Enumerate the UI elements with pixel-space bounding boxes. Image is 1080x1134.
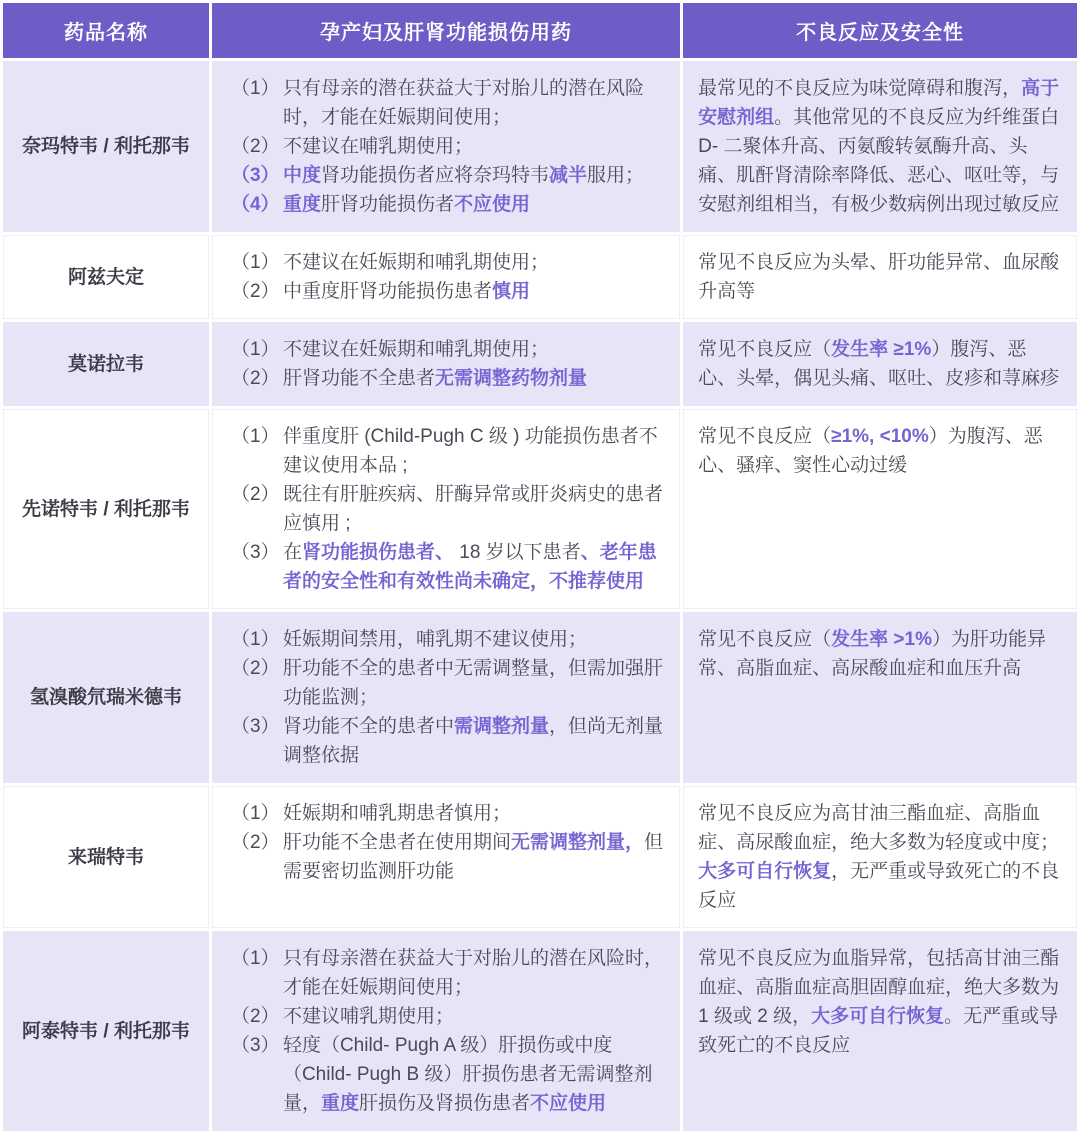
item-number: （1） [231, 74, 283, 103]
highlight-text: ≥1%, <10% [831, 426, 929, 447]
usage-item: （1）伴重度肝 (Child-Pugh C 级 ) 功能损伤患者不建议使用本品 … [231, 422, 665, 480]
item-number: （2） [231, 1002, 283, 1031]
plain-text: 肝肾功能损伤者 [321, 194, 454, 215]
usage-item-text: 肾功能不全的患者中需调整剂量，但尚无剂量调整依据 [283, 712, 665, 770]
item-number: （1） [231, 944, 283, 973]
item-number: （3） [231, 712, 283, 741]
plain-text: 肝损伤及肾损伤患者 [359, 1093, 530, 1114]
safety-cell: 常见不良反应（≥1%, <10%）为腹泻、恶心、骚痒、窦性心动过缓 [683, 409, 1077, 609]
drug-name-cell: 先诺特韦 / 利托那韦 [3, 409, 209, 609]
plain-text: 服用； [587, 165, 644, 186]
safety-text: 常见不良反应为血脂异常，包括高甘油三酯血症、高脂血症高胆固醇血症，绝大多数为 1… [698, 944, 1062, 1060]
table-row: 莫诺拉韦（1）不建议在妊娠期和哺乳期使用；（2）肝肾功能不全患者无需调整药物剂量… [3, 322, 1077, 406]
usage-item: （2）不建议在哺乳期使用； [231, 132, 665, 161]
table-row: 氢溴酸氘瑞米德韦（1）妊娠期间禁用，哺乳期不建议使用；（2）肝功能不全的患者中无… [3, 612, 1077, 783]
plain-text: 肝肾功能不全患者 [283, 368, 435, 389]
usage-item: （1）不建议在妊娠期和哺乳期使用； [231, 248, 665, 277]
usage-item-text: 中重度肝肾功能损伤患者慎用 [283, 277, 665, 306]
plain-text: 常见不良反应（ [698, 629, 831, 650]
plain-text: 只有母亲潜在获益大于对胎儿的潜在风险时，才能在妊娠期间使用； [283, 948, 663, 998]
usage-cell: （1）妊娠期和哺乳期患者慎用；（2）肝功能不全患者在使用期间无需调整剂量，但需要… [212, 786, 680, 928]
safety-text: 最常见的不良反应为味觉障碍和腹泻，高于安慰剂组。其他常见的不良反应为纤维蛋白 D… [698, 74, 1062, 219]
drug-name-cell: 阿兹夫定 [3, 235, 209, 319]
header-adverse-reactions: 不良反应及安全性 [683, 3, 1077, 58]
safety-text: 常见不良反应（发生率 >1%）为肝功能异常、高脂血症、高尿酸血症和血压升高 [698, 625, 1062, 683]
plain-text: 不建议在妊娠期和哺乳期使用； [283, 252, 549, 273]
item-number: （3） [231, 161, 283, 190]
usage-item-text: 既往有肝脏疾病、肝酶异常或肝炎病史的患者应慎用 ; [283, 480, 665, 538]
usage-item: （4）重度肝肾功能损伤者不应使用 [231, 190, 665, 219]
usage-item: （2）不建议哺乳期使用； [231, 1002, 665, 1031]
plain-text: 常见不良反应（ [698, 426, 831, 447]
table-row: 来瑞特韦（1）妊娠期和哺乳期患者慎用；（2）肝功能不全患者在使用期间无需调整剂量… [3, 786, 1077, 928]
usage-cell: （1）不建议在妊娠期和哺乳期使用；（2）肝肾功能不全患者无需调整药物剂量 [212, 322, 680, 406]
item-number: （2） [231, 364, 283, 393]
usage-item-text: 肝功能不全的患者中无需调整量，但需加强肝功能监测； [283, 654, 665, 712]
item-number: （2） [231, 480, 283, 509]
highlight-text: 无需调整药物剂量 [435, 368, 587, 389]
usage-item: （2）肝肾功能不全患者无需调整药物剂量 [231, 364, 665, 393]
usage-item: （1）妊娠期间禁用，哺乳期不建议使用； [231, 625, 665, 654]
highlight-text: 慎用 [492, 281, 530, 302]
safety-text: 常见不良反应（发生率 ≥1%）腹泻、恶心、头晕，偶见头痛、呕吐、皮疹和荨麻疹 [698, 335, 1062, 393]
usage-item-text: 中度肾功能损伤者应将奈玛特韦减半服用； [283, 161, 665, 190]
safety-cell: 常见不良反应为头晕、肝功能异常、血尿酸升高等 [683, 235, 1077, 319]
usage-item-text: 妊娠期间禁用，哺乳期不建议使用； [283, 625, 665, 654]
safety-cell: 最常见的不良反应为味觉障碍和腹泻，高于安慰剂组。其他常见的不良反应为纤维蛋白 D… [683, 61, 1077, 232]
plain-text: 肾功能损伤者应将奈玛特韦 [321, 165, 549, 186]
plain-text: 肾功能不全的患者中 [283, 716, 454, 737]
drug-name-cell: 来瑞特韦 [3, 786, 209, 928]
usage-item: （3）轻度（Child- Pugh A 级）肝损伤或中度（Child- Pugh… [231, 1031, 665, 1118]
highlight-text: 大多可自行恢复 [811, 1006, 944, 1027]
usage-item-text: 不建议在哺乳期使用； [283, 132, 665, 161]
item-number: （1） [231, 625, 283, 654]
item-number: （3） [231, 538, 283, 567]
highlight-text: 重度 [283, 194, 321, 215]
header-drug-name: 药品名称 [3, 3, 209, 58]
plain-text: 既往有肝脏疾病、肝酶异常或肝炎病史的患者应慎用 ; [283, 484, 663, 534]
plain-text: 妊娠期和哺乳期患者慎用； [283, 803, 511, 824]
usage-item-text: 不建议在妊娠期和哺乳期使用； [283, 248, 665, 277]
usage-item-text: 重度肝肾功能损伤者不应使用 [283, 190, 665, 219]
usage-item: （1）只有母亲的潜在获益大于对胎儿的潜在风险时，才能在妊娠期间使用； [231, 74, 665, 132]
highlight-text: 发生率 >1% [831, 629, 932, 650]
usage-cell: （1）妊娠期间禁用，哺乳期不建议使用；（2）肝功能不全的患者中无需调整量，但需加… [212, 612, 680, 783]
highlight-text: 减半 [549, 165, 587, 186]
plain-text: 不建议哺乳期使用； [283, 1006, 454, 1027]
highlight-text: 重度 [321, 1093, 359, 1114]
usage-item: （3）中度肾功能损伤者应将奈玛特韦减半服用； [231, 161, 665, 190]
usage-item-text: 肝肾功能不全患者无需调整药物剂量 [283, 364, 665, 393]
safety-cell: 常见不良反应为血脂异常，包括高甘油三酯血症、高脂血症高胆固醇血症，绝大多数为 1… [683, 931, 1077, 1131]
usage-item: （2）中重度肝肾功能损伤患者慎用 [231, 277, 665, 306]
usage-item-text: 只有母亲的潜在获益大于对胎儿的潜在风险时，才能在妊娠期间使用； [283, 74, 665, 132]
highlight-text: 需调整剂量 [454, 716, 549, 737]
drug-name-cell: 阿泰特韦 / 利托那韦 [3, 931, 209, 1131]
usage-item-text: 伴重度肝 (Child-Pugh C 级 ) 功能损伤患者不建议使用本品 ; [283, 422, 665, 480]
plain-text: 只有母亲的潜在获益大于对胎儿的潜在风险时，才能在妊娠期间使用； [283, 78, 644, 128]
header-row: 药品名称 孕产妇及肝肾功能损伤用药 不良反应及安全性 [3, 3, 1077, 58]
highlight-text: 无需调整剂量， [511, 832, 644, 853]
usage-cell: （1）只有母亲潜在获益大于对胎儿的潜在风险时，才能在妊娠期间使用；（2）不建议哺… [212, 931, 680, 1131]
plain-text: 18 岁以下患者 [454, 542, 581, 563]
usage-item-text: 不建议哺乳期使用； [283, 1002, 665, 1031]
usage-item-text: 轻度（Child- Pugh A 级）肝损伤或中度（Child- Pugh B … [283, 1031, 665, 1118]
usage-item: （1）不建议在妊娠期和哺乳期使用； [231, 335, 665, 364]
plain-text: 常见不良反应（ [698, 339, 831, 360]
table-row: 奈玛特韦 / 利托那韦（1）只有母亲的潜在获益大于对胎儿的潜在风险时，才能在妊娠… [3, 61, 1077, 232]
safety-text: 常见不良反应为头晕、肝功能异常、血尿酸升高等 [698, 248, 1062, 306]
safety-text: 常见不良反应为高甘油三酯血症、高脂血症、高尿酸血症，绝大多数为轻度或中度；大多可… [698, 799, 1062, 915]
table-body: 奈玛特韦 / 利托那韦（1）只有母亲的潜在获益大于对胎儿的潜在风险时，才能在妊娠… [3, 61, 1077, 1131]
usage-item: （1）妊娠期和哺乳期患者慎用； [231, 799, 665, 828]
item-number: （2） [231, 277, 283, 306]
usage-item-text: 不建议在妊娠期和哺乳期使用； [283, 335, 665, 364]
safety-cell: 常见不良反应为高甘油三酯血症、高脂血症、高尿酸血症，绝大多数为轻度或中度；大多可… [683, 786, 1077, 928]
plain-text: 肝功能不全患者在使用期间 [283, 832, 511, 853]
table-row: 阿兹夫定（1）不建议在妊娠期和哺乳期使用；（2）中重度肝肾功能损伤患者慎用常见不… [3, 235, 1077, 319]
plain-text: 最常见的不良反应为味觉障碍和腹泻， [698, 78, 1021, 99]
usage-item-text: 肝功能不全患者在使用期间无需调整剂量，但需要密切监测肝功能 [283, 828, 665, 886]
page: 药品名称 孕产妇及肝肾功能损伤用药 不良反应及安全性 奈玛特韦 / 利托那韦（1… [0, 0, 1080, 1134]
safety-cell: 常见不良反应（发生率 >1%）为肝功能异常、高脂血症、高尿酸血症和血压升高 [683, 612, 1077, 783]
drug-name-cell: 奈玛特韦 / 利托那韦 [3, 61, 209, 232]
drug-name-cell: 莫诺拉韦 [3, 322, 209, 406]
plain-text: 伴重度肝 (Child-Pugh C 级 ) 功能损伤患者不建议使用本品 ; [283, 426, 658, 476]
highlight-text: 不应使用 [454, 194, 530, 215]
usage-item-text: 在肾功能损伤患者、 18 岁以下患者、老年患者的安全性和有效性尚未确定，不推荐使… [283, 538, 665, 596]
plain-text: 妊娠期间禁用，哺乳期不建议使用； [283, 629, 587, 650]
usage-item: （2）肝功能不全患者在使用期间无需调整剂量，但需要密切监测肝功能 [231, 828, 665, 886]
item-number: （1） [231, 248, 283, 277]
usage-cell: （1）不建议在妊娠期和哺乳期使用；（2）中重度肝肾功能损伤患者慎用 [212, 235, 680, 319]
plain-text: 在 [283, 542, 302, 563]
item-number: （1） [231, 422, 283, 451]
item-number: （2） [231, 654, 283, 683]
plain-text: 中重度肝肾功能损伤患者 [283, 281, 492, 302]
table-row: 先诺特韦 / 利托那韦（1）伴重度肝 (Child-Pugh C 级 ) 功能损… [3, 409, 1077, 609]
highlight-text: 肾功能损伤患者、 [302, 542, 454, 563]
item-number: （2） [231, 132, 283, 161]
usage-item: （3）在肾功能损伤患者、 18 岁以下患者、老年患者的安全性和有效性尚未确定，不… [231, 538, 665, 596]
usage-cell: （1）伴重度肝 (Child-Pugh C 级 ) 功能损伤患者不建议使用本品 … [212, 409, 680, 609]
plain-text: 肝功能不全的患者中无需调整量，但需加强肝功能监测； [283, 658, 663, 708]
drug-comparison-table: 药品名称 孕产妇及肝肾功能损伤用药 不良反应及安全性 奈玛特韦 / 利托那韦（1… [0, 0, 1080, 1134]
usage-item-text: 妊娠期和哺乳期患者慎用； [283, 799, 665, 828]
usage-cell: （1）只有母亲的潜在获益大于对胎儿的潜在风险时，才能在妊娠期间使用；（2）不建议… [212, 61, 680, 232]
highlight-text: 大多可自行恢复 [698, 861, 831, 882]
item-number: （3） [231, 1031, 283, 1060]
highlight-text: 发生率 ≥1% [831, 339, 931, 360]
usage-item: （3）肾功能不全的患者中需调整剂量，但尚无剂量调整依据 [231, 712, 665, 770]
highlight-text: 不应使用 [530, 1093, 606, 1114]
usage-item: （1）只有母亲潜在获益大于对胎儿的潜在风险时，才能在妊娠期间使用； [231, 944, 665, 1002]
item-number: （2） [231, 828, 283, 857]
plain-text: 常见不良反应为高甘油三酯血症、高脂血症、高尿酸血症，绝大多数为轻度或中度； [698, 803, 1059, 853]
table-row: 阿泰特韦 / 利托那韦（1）只有母亲潜在获益大于对胎儿的潜在风险时，才能在妊娠期… [3, 931, 1077, 1131]
usage-item: （2）肝功能不全的患者中无需调整量，但需加强肝功能监测； [231, 654, 665, 712]
usage-item: （2）既往有肝脏疾病、肝酶异常或肝炎病史的患者应慎用 ; [231, 480, 665, 538]
safety-text: 常见不良反应（≥1%, <10%）为腹泻、恶心、骚痒、窦性心动过缓 [698, 422, 1062, 480]
highlight-text: 中度 [283, 165, 321, 186]
item-number: （1） [231, 799, 283, 828]
item-number: （4） [231, 190, 283, 219]
plain-text: 常见不良反应为头晕、肝功能异常、血尿酸升高等 [698, 252, 1059, 302]
header-pregnancy-liver-kidney: 孕产妇及肝肾功能损伤用药 [212, 3, 680, 58]
safety-cell: 常见不良反应（发生率 ≥1%）腹泻、恶心、头晕，偶见头痛、呕吐、皮疹和荨麻疹 [683, 322, 1077, 406]
drug-name-cell: 氢溴酸氘瑞米德韦 [3, 612, 209, 783]
usage-item-text: 只有母亲潜在获益大于对胎儿的潜在风险时，才能在妊娠期间使用； [283, 944, 665, 1002]
plain-text: 不建议在哺乳期使用； [283, 136, 473, 157]
item-number: （1） [231, 335, 283, 364]
plain-text: 不建议在妊娠期和哺乳期使用； [283, 339, 549, 360]
